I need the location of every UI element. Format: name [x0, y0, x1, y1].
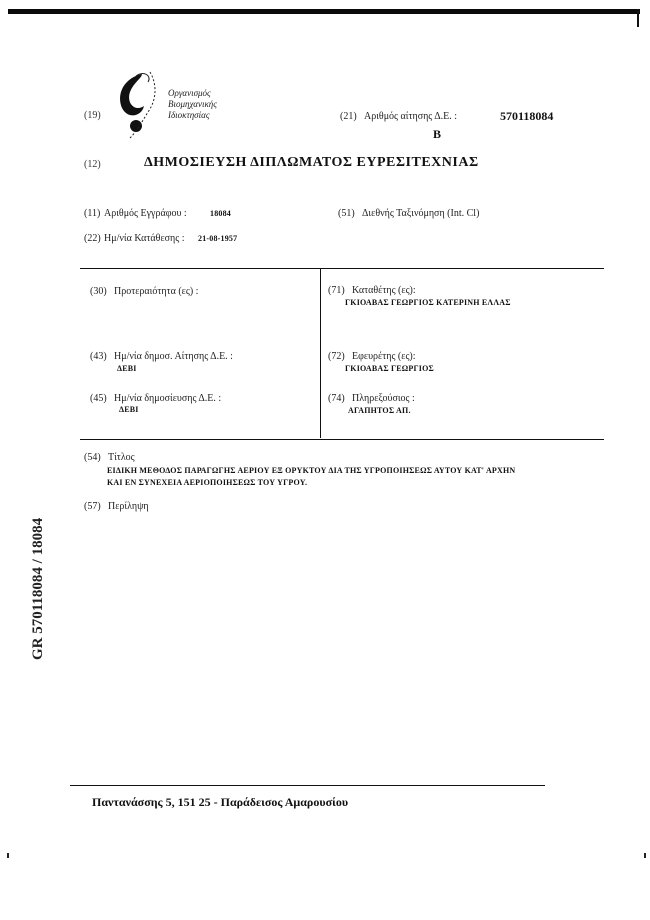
org-name: Οργανισμός Βιομηχανικής Ιδιοκτησίας	[168, 88, 217, 121]
priority-label: Προτεραιότητα (ες) :	[114, 286, 198, 297]
code-45: (45)	[90, 393, 107, 404]
code-22: (22)	[84, 233, 101, 244]
code-21: (21)	[340, 111, 357, 122]
agent-label: Πληρεξούσιος :	[352, 393, 415, 404]
scan-speck	[644, 853, 646, 858]
filing-date-label: Ημ/νία Κατάθεσης :	[104, 233, 185, 244]
filing-date: 21-08-1957	[198, 234, 237, 243]
code-72: (72)	[328, 351, 345, 362]
publication-date-label: Ημ/νία δημοσ. Αίτησης Δ.Ε. :	[114, 351, 233, 362]
footer-rule	[70, 785, 545, 786]
code-11: (11)	[84, 208, 100, 219]
top-border	[8, 9, 640, 14]
scan-speck	[7, 853, 9, 858]
code-30: (30)	[90, 286, 107, 297]
publication-date-value: ΔΕΒΙ	[117, 364, 137, 373]
owner-label: Καταθέτης (ες):	[352, 285, 416, 296]
org-name-line: Οργανισμός	[168, 88, 217, 99]
code-71: (71)	[328, 285, 345, 296]
side-document-id: GR 570118084 / 18084	[30, 518, 47, 660]
org-name-line: Ιδιοκτησίας	[168, 110, 217, 121]
int-cl-label: Διεθνής Ταξινόμηση (Int. Cl)	[362, 208, 479, 219]
top-border-tick	[637, 9, 639, 27]
obi-logo-icon	[112, 68, 162, 140]
agent-value: ΑΓΑΠΗΤΟΣ ΑΠ.	[348, 406, 411, 415]
code-54: (54)	[84, 452, 101, 463]
title-label: Τίτλος	[108, 452, 135, 463]
publication-title: ΔΗΜΟΣΙΕΥΣΗ ΔΙΠΛΩΜΑΤΟΣ ΕΥΡΕΣΙΤΕΧΝΙΑΣ	[144, 155, 479, 171]
code-51: (51)	[338, 208, 355, 219]
code-19: (19)	[84, 110, 101, 121]
inventor-label: Εφευρέτης (ες):	[352, 351, 416, 362]
footer-address: Παντανάσσης 5, 151 25 - Παράδεισος Αμαρο…	[92, 795, 348, 810]
application-label: Αριθμός αίτησης Δ.Ε. :	[364, 111, 457, 122]
invention-title: ΕΙΔΙΚΗ ΜΕΘΟΔΟΣ ΠΑΡΑΓΩΓΗΣ ΑΕΡΙΟΥ ΕΞ ΟΡΥΚΤ…	[107, 465, 627, 489]
kind-code: B	[433, 127, 441, 142]
application-number: 570118084	[500, 109, 553, 124]
code-43: (43)	[90, 351, 107, 362]
owner-value: ΓΚΙΟΑΒΑΣ ΓΕΩΡΓΙΟΣ ΚΑΤΕΡΙΝΗ ΕΛΛΑΣ	[345, 298, 511, 307]
grant-date-label: Ημ/νία δημοσίευσης Δ.Ε. :	[114, 393, 221, 404]
document-number: 18084	[210, 209, 231, 218]
box-divider	[320, 268, 321, 438]
inventor-value: ΓΚΙΟΑΒΑΣ ΓΕΩΡΓΙΟΣ	[345, 364, 434, 373]
code-74: (74)	[328, 393, 345, 404]
invention-title-line: ΕΙΔΙΚΗ ΜΕΘΟΔΟΣ ΠΑΡΑΓΩΓΗΣ ΑΕΡΙΟΥ ΕΞ ΟΡΥΚΤ…	[107, 465, 627, 477]
code-12: (12)	[84, 159, 101, 170]
grant-date-value: ΔΕΒΙ	[119, 405, 139, 414]
box-top-rule	[80, 268, 604, 269]
box-bottom-rule	[80, 439, 604, 440]
abstract-label: Περίληψη	[108, 501, 149, 512]
invention-title-line: ΚΑΙ ΕΝ ΣΥΝΕΧΕΙΑ ΑΕΡΙΟΠΟΙΗΣΕΩΣ ΤΟΥ ΥΓΡΟΥ.	[107, 477, 627, 489]
document-number-label: Αριθμός Εγγράφου :	[104, 208, 187, 219]
code-57: (57)	[84, 501, 101, 512]
org-name-line: Βιομηχανικής	[168, 99, 217, 110]
